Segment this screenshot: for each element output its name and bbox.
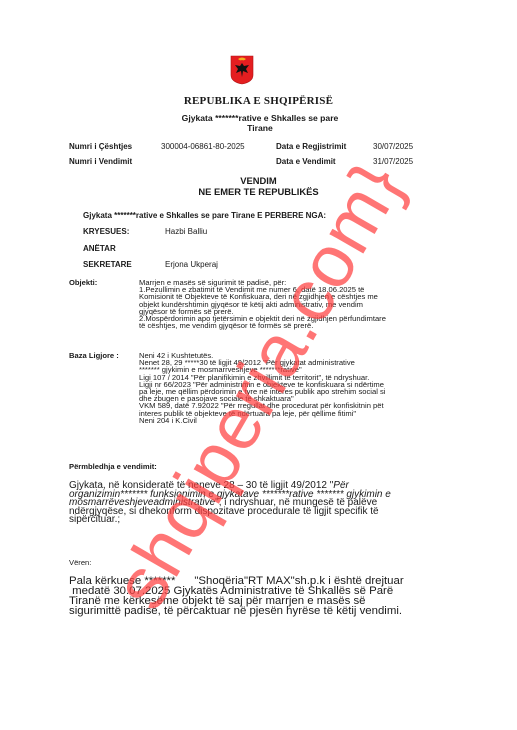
member-role: SEKRETARE bbox=[83, 260, 132, 270]
member-role: ANËTAR bbox=[83, 244, 116, 254]
composition-heading: Gjykata *******rative e Shkalles se pare… bbox=[83, 211, 326, 221]
decision-date-value: 31/07/2025 bbox=[373, 157, 413, 167]
final-paragraph: Pala kërkuese ******* "Shoqëria"RT MAX"s… bbox=[69, 576, 449, 616]
legal-basis-label: Baza Ligjore : bbox=[69, 351, 119, 360]
veren-label: Vëren: bbox=[69, 558, 91, 567]
albanian-emblem-icon bbox=[230, 55, 254, 85]
registration-date-label: Data e Regjistrimit bbox=[276, 142, 346, 152]
objekti-text: Marrjen e masës së sigurimit të padisë, … bbox=[139, 279, 439, 329]
legal-basis-text: Neni 42 i Kushtetutës. Nenet 28, 29 ****… bbox=[139, 352, 439, 424]
document-page: REPUBLIKA E SHQIPËRISË Gjykata *******ra… bbox=[0, 0, 517, 730]
case-number-value: 300004-06861-80-2025 bbox=[161, 142, 245, 152]
decision-number-label: Numri i Vendimit bbox=[69, 157, 132, 167]
republic-title: REPUBLIKA E SHQIPËRISË bbox=[0, 95, 517, 107]
decision-date-label: Data e Vendimit bbox=[276, 157, 336, 167]
member-name: Hazbi Balliu bbox=[165, 227, 207, 237]
case-number-label: Numri i Çështjes bbox=[69, 142, 132, 152]
summary-paragraph: Gjykata, në konsideratë të neneve 28 – 3… bbox=[69, 482, 429, 525]
summary-label: Përmbledhja e vendimit: bbox=[69, 462, 157, 471]
member-name: Erjona Ukperaj bbox=[165, 260, 218, 270]
registration-date-value: 30/07/2025 bbox=[373, 142, 413, 152]
decision-title: VENDIM NE EMER TE REPUBLIKËS bbox=[0, 176, 517, 197]
member-role: KRYESUES: bbox=[83, 227, 129, 237]
objekti-label: Objekti: bbox=[69, 278, 97, 287]
court-heading: Gjykata *******rative e Shkalles se pare… bbox=[140, 113, 380, 133]
